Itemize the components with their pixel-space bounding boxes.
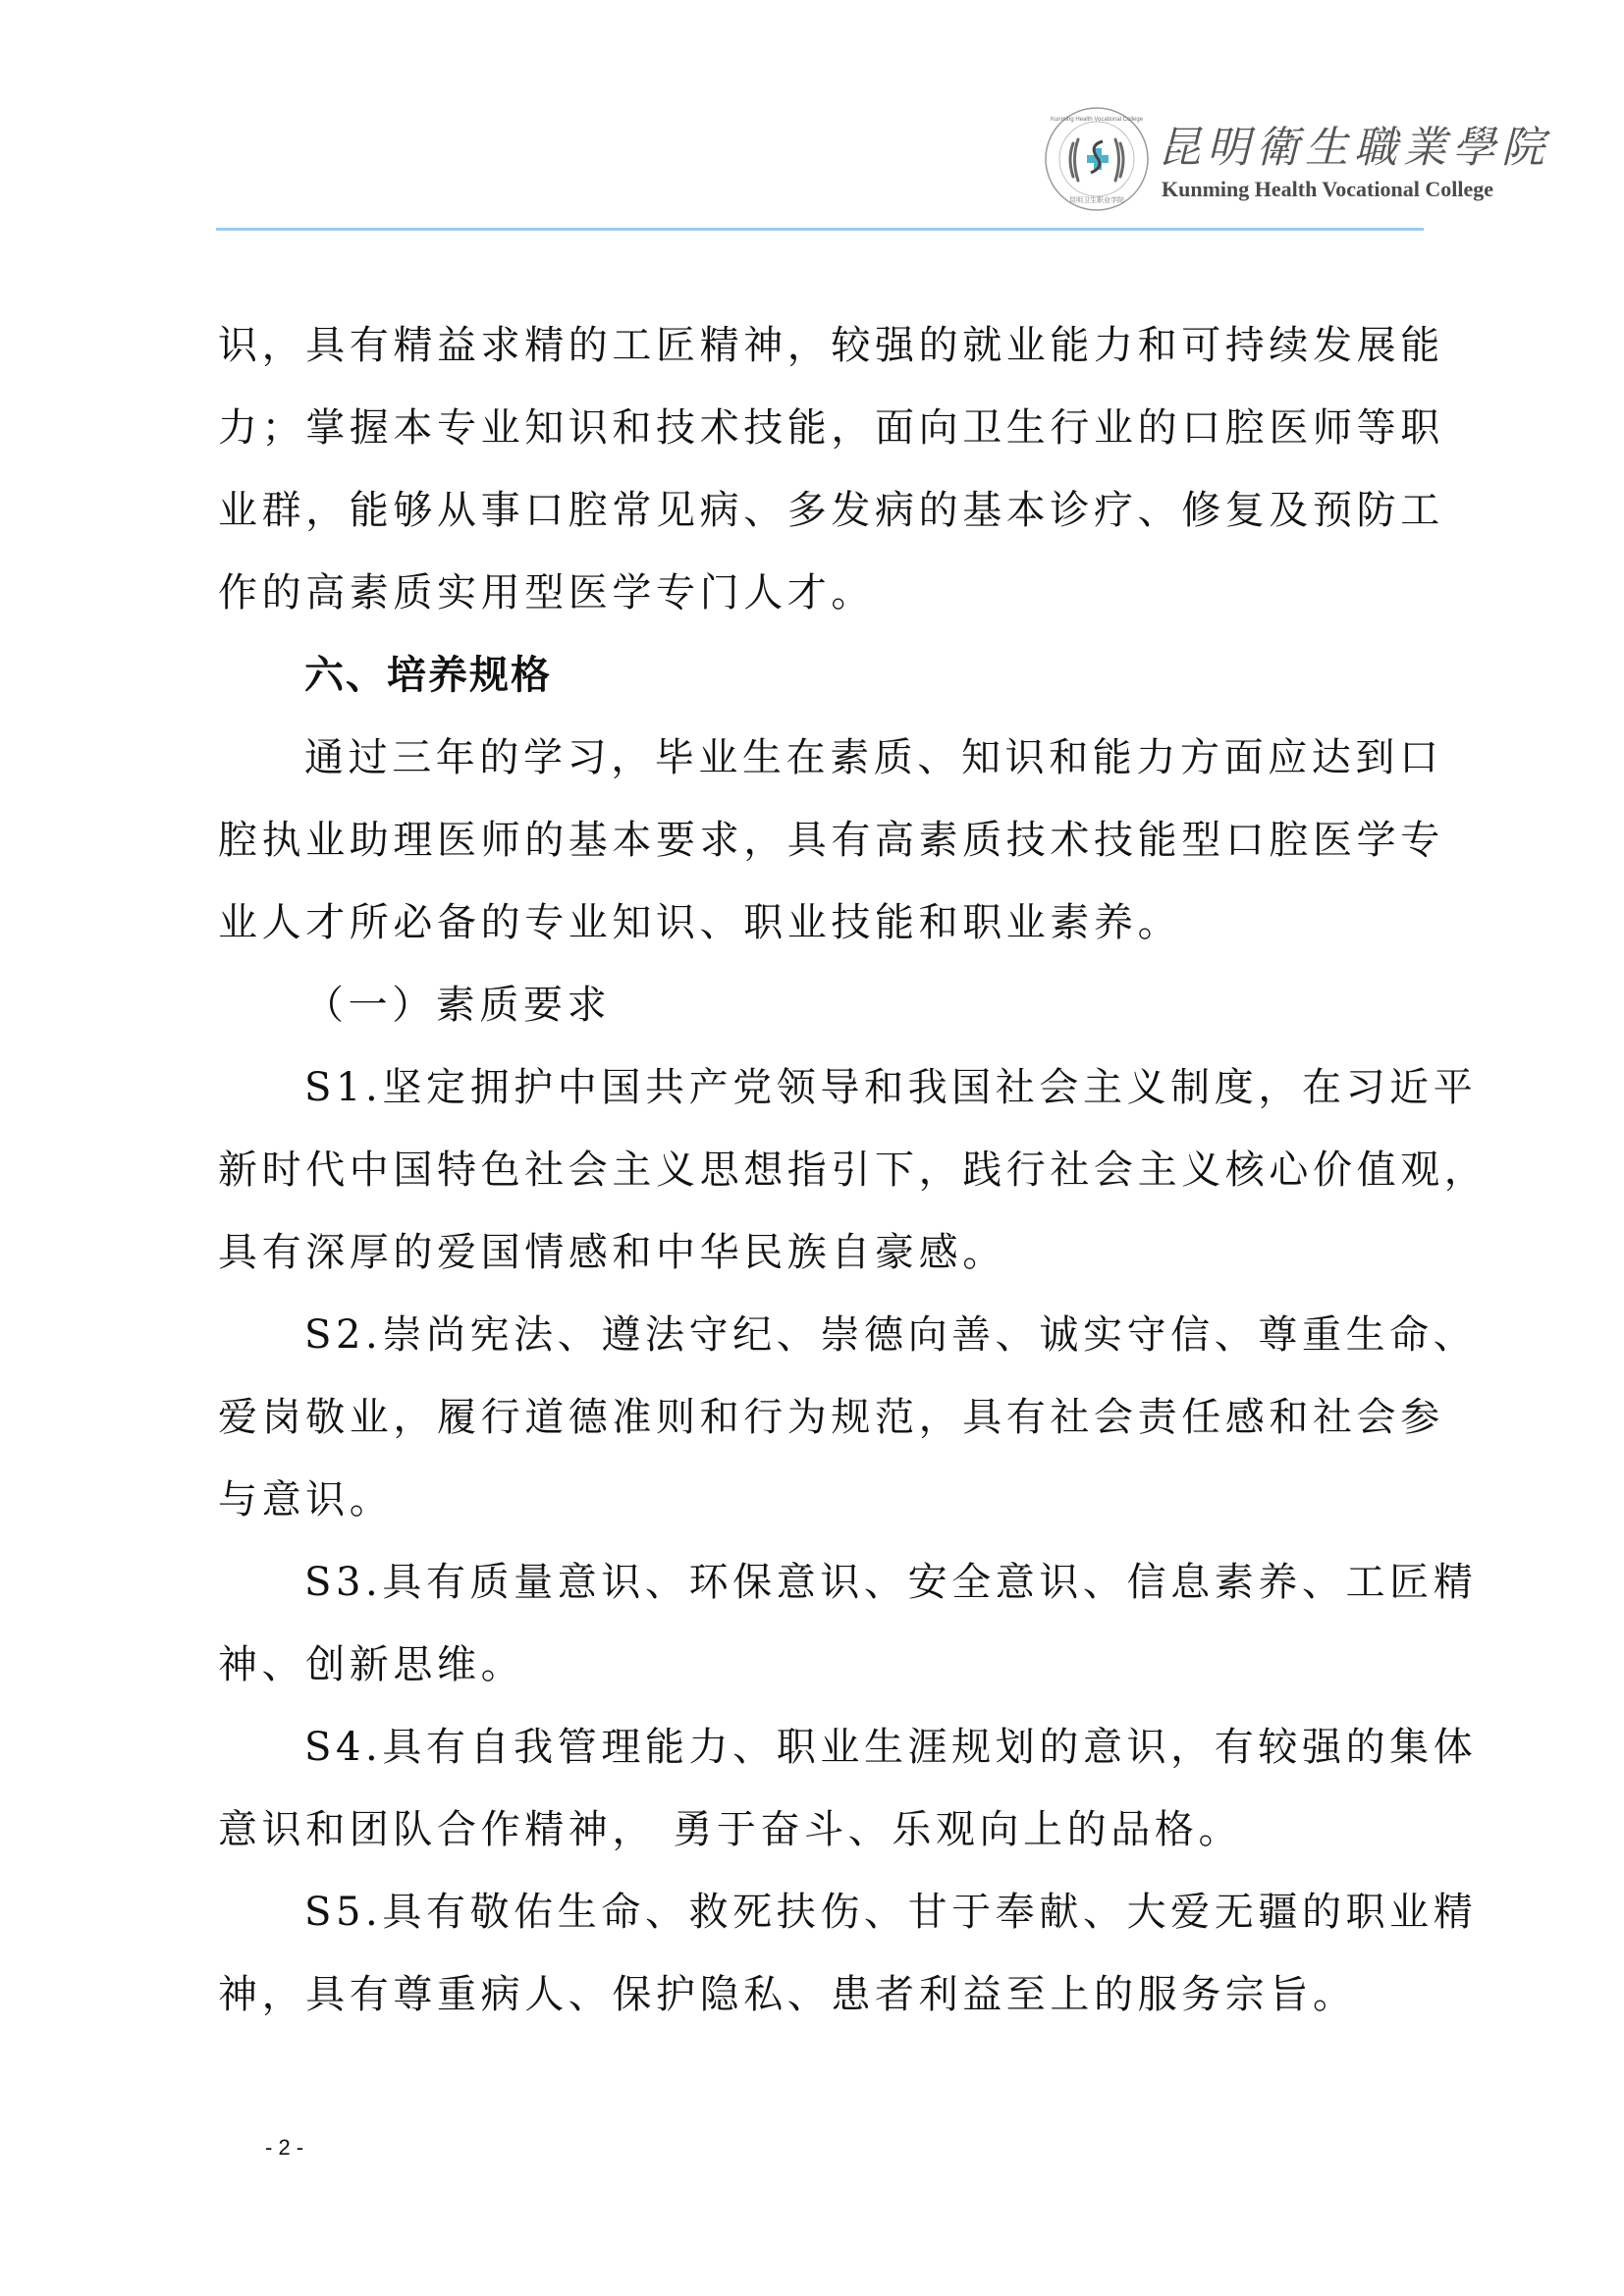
- requirement-s5-line: 神，具有尊重病人、保护隐私、患者利益至上的服务宗旨。: [218, 1953, 1428, 2036]
- requirement-s4-line: 意识和团队合作精神， 勇于奋斗、乐观向上的品格。: [218, 1789, 1428, 1871]
- page-header: Kunming Health Vocational College 昆明卫生职业…: [0, 0, 1624, 236]
- requirement-s2-line: S2.崇尚宪法、遵法守纪、崇德向善、诚实守信、尊重生命、: [218, 1294, 1428, 1376]
- requirement-s1-line: S1.坚定拥护中国共产党领导和我国社会主义制度，在习近平: [218, 1046, 1428, 1129]
- requirement-s1-line: 新时代中国特色社会主义思想指引下，践行社会主义核心价值观，: [218, 1129, 1428, 1211]
- subsection-heading: （一）素质要求: [218, 964, 1428, 1046]
- requirement-s3-line: 神、创新思维。: [218, 1624, 1428, 1706]
- document-body: 识，具有精益求精的工匠精神，较强的就业能力和可持续发展能 力；掌握本专业知识和技…: [218, 304, 1428, 2036]
- paragraph-line: 业群，能够从事口腔常见病、多发病的基本诊疗、修复及预防工: [218, 469, 1428, 552]
- requirement-s1-line: 具有深厚的爱国情感和中华民族自豪感。: [218, 1211, 1428, 1294]
- section-heading: 六、培养规格: [218, 634, 1428, 717]
- college-name-en: Kunming Health Vocational College: [1162, 177, 1493, 202]
- college-seal-icon: Kunming Health Vocational College 昆明卫生职业…: [1044, 106, 1150, 212]
- requirement-s5-line: S5.具有敬佑生命、救死扶伤、甘于奉献、大爱无疆的职业精: [218, 1871, 1428, 1953]
- paragraph-line: 通过三年的学习，毕业生在素质、知识和能力方面应达到口: [218, 717, 1428, 799]
- college-logo: Kunming Health Vocational College 昆明卫生职业…: [1044, 106, 1515, 216]
- college-name-cn: 昆明衛生職業學院: [1158, 112, 1550, 175]
- paragraph-line: 腔执业助理医师的基本要求，具有高素质技术技能型口腔医学专: [218, 799, 1428, 881]
- svg-text:昆明卫生职业学院: 昆明卫生职业学院: [1069, 195, 1124, 204]
- svg-text:Kunming Health Vocational Coll: Kunming Health Vocational College: [1051, 117, 1144, 123]
- page-number: - 2 -: [265, 2135, 303, 2161]
- requirement-s2-line: 爱岗敬业，履行道德准则和行为规范，具有社会责任感和社会参: [218, 1376, 1428, 1459]
- requirement-s3-line: S3.具有质量意识、环保意识、安全意识、信息素养、工匠精: [218, 1541, 1428, 1624]
- header-divider: [216, 228, 1424, 231]
- requirement-s2-line: 与意识。: [218, 1459, 1428, 1541]
- paragraph-line: 作的高素质实用型医学专门人才。: [218, 552, 1428, 634]
- paragraph-line: 识，具有精益求精的工匠精神，较强的就业能力和可持续发展能: [218, 304, 1428, 387]
- paragraph-line: 力；掌握本专业知识和技术技能，面向卫生行业的口腔医师等职: [218, 387, 1428, 469]
- paragraph-line: 业人才所必备的专业知识、职业技能和职业素养。: [218, 881, 1428, 964]
- requirement-s4-line: S4.具有自我管理能力、职业生涯规划的意识，有较强的集体: [218, 1706, 1428, 1789]
